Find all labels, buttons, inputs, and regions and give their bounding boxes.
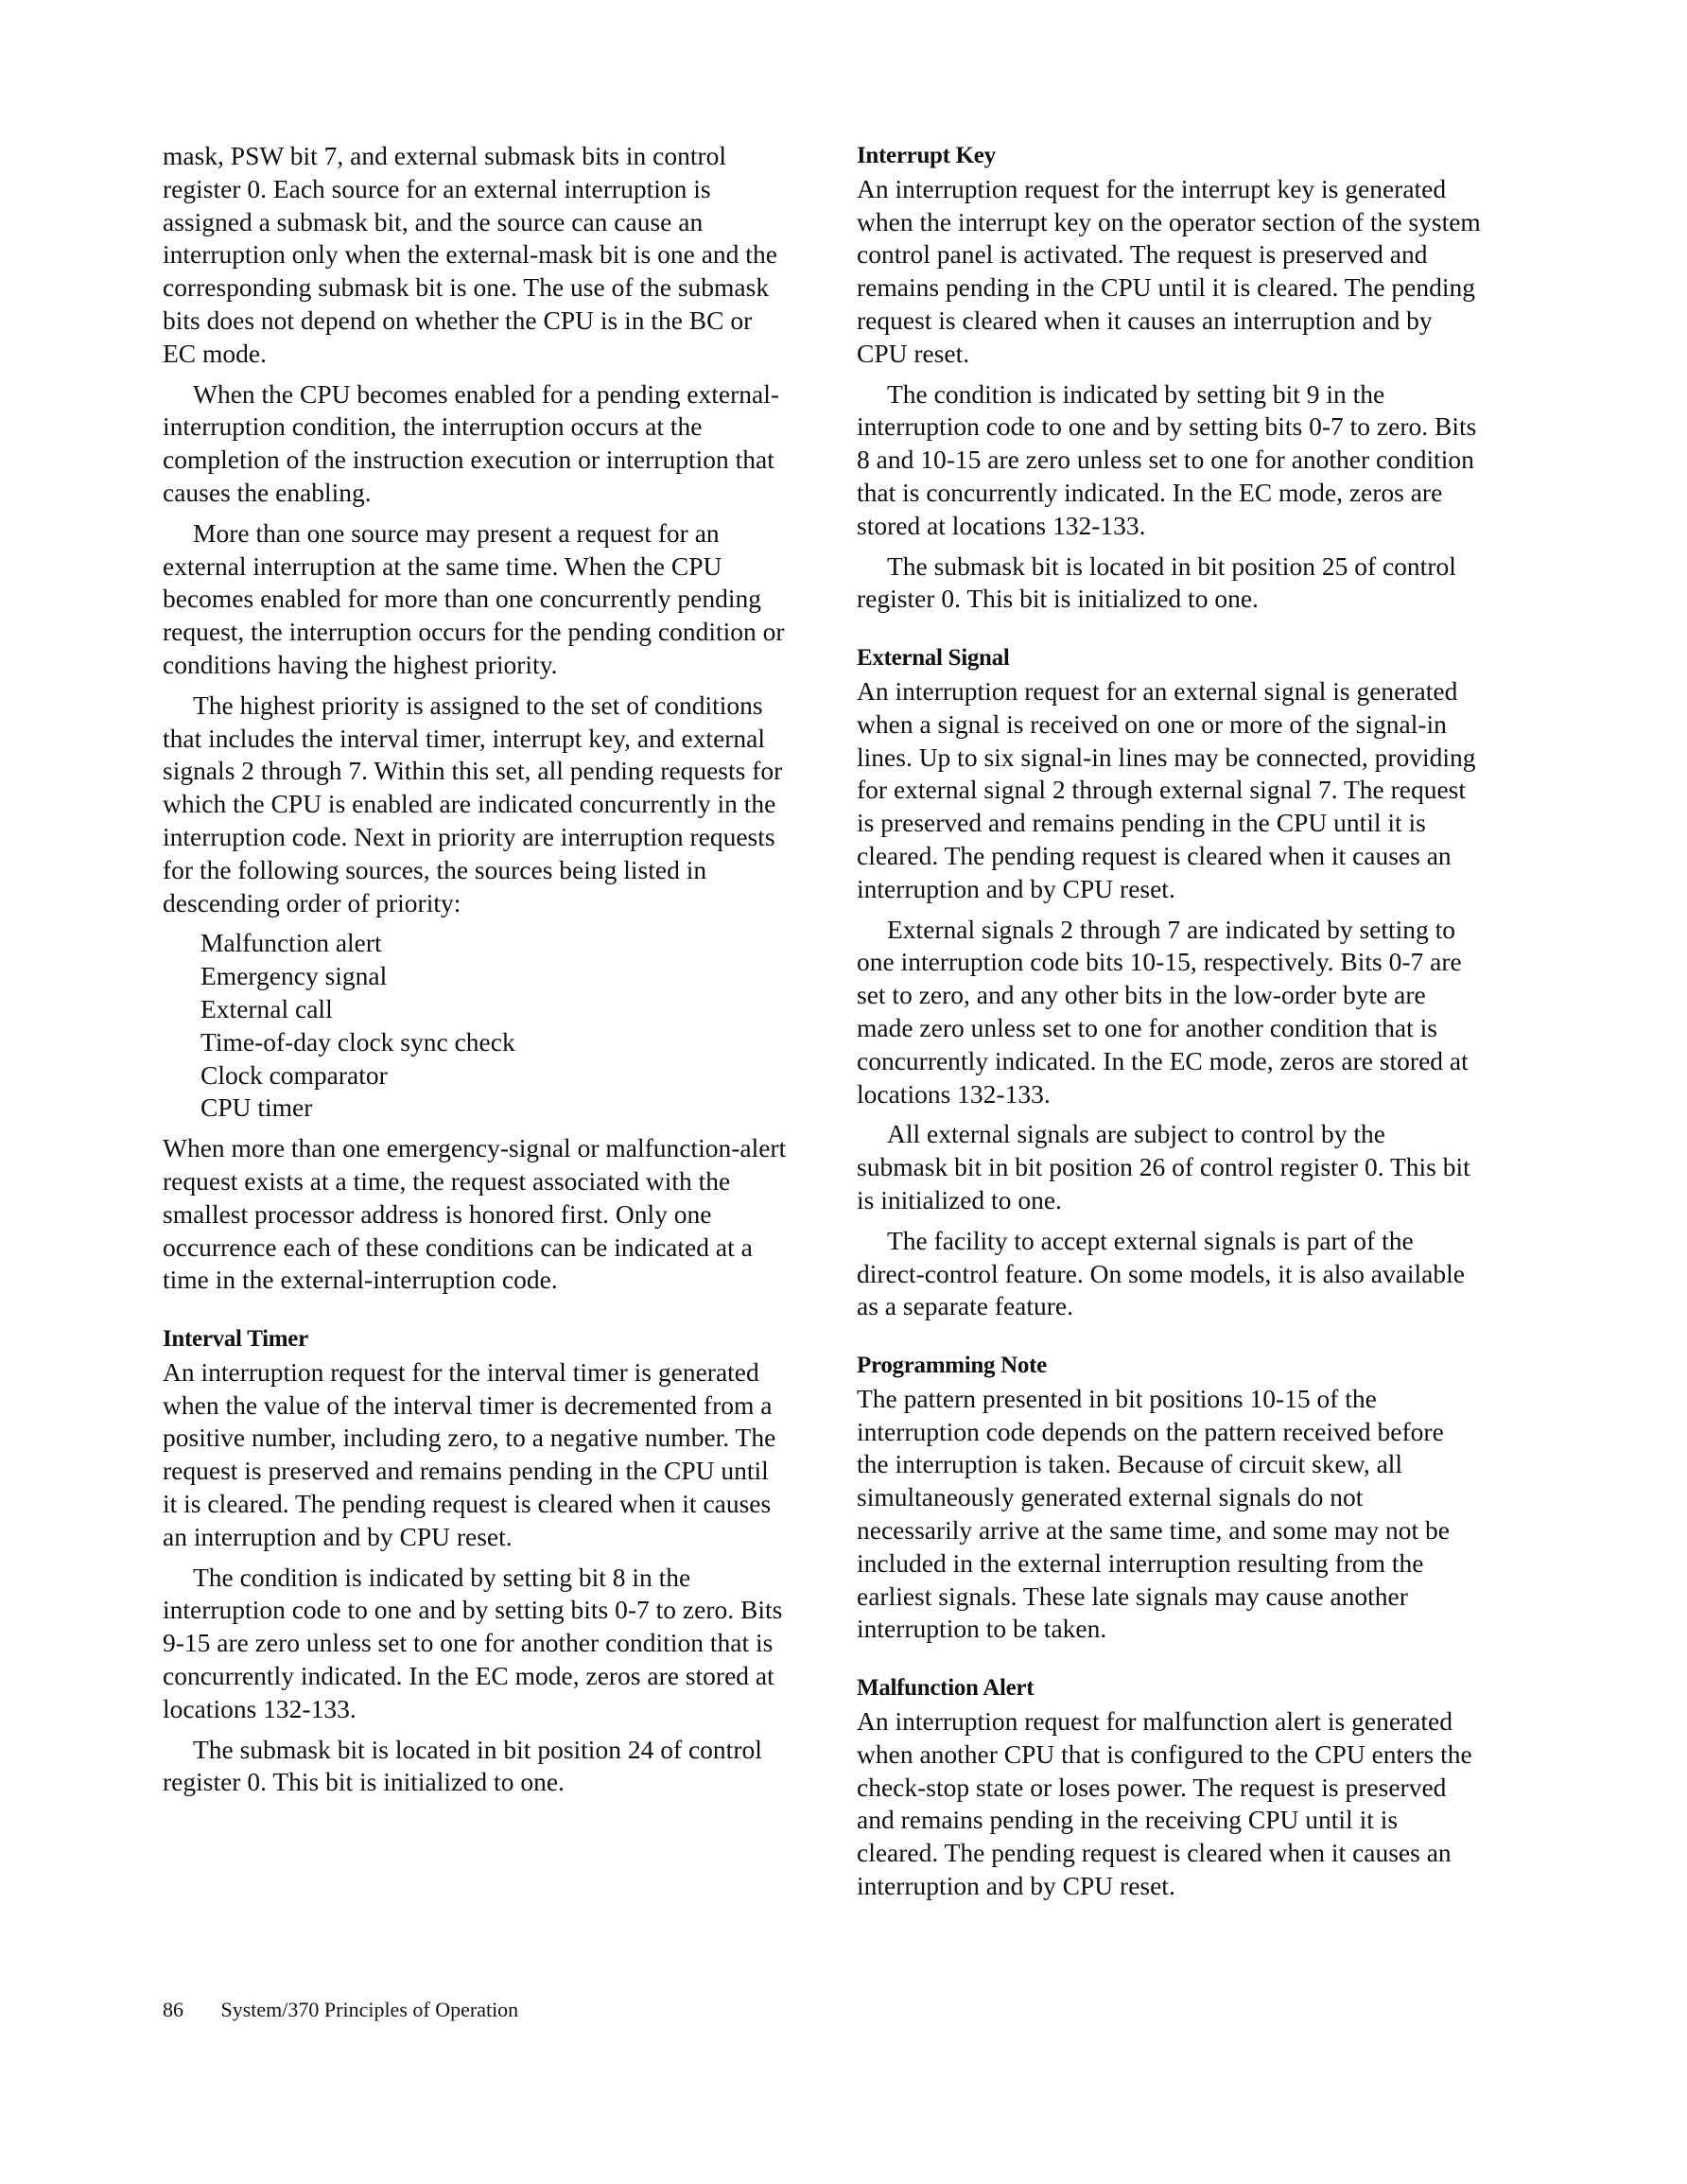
- section-heading: Programming Note: [857, 1350, 1481, 1383]
- section-interval-timer: Interval Timer An interruption request f…: [163, 1323, 787, 1799]
- section-paragraph: The condition is indicated by setting bi…: [857, 378, 1481, 543]
- section-paragraph: An interruption request for the interval…: [163, 1356, 787, 1554]
- paragraph-intro-1: mask, PSW bit 7, and external submask bi…: [163, 140, 787, 371]
- section-heading: Malfunction Alert: [857, 1672, 1481, 1705]
- section-paragraph: An interruption request for an external …: [857, 675, 1481, 906]
- section-malfunction-alert: Malfunction Alert An interruption reques…: [857, 1672, 1481, 1903]
- paragraph-intro-4: The highest priority is assigned to the …: [163, 690, 787, 920]
- priority-item: CPU timer: [200, 1092, 787, 1125]
- page-footer: 86 System/370 Principles of Operation: [163, 1998, 518, 2022]
- section-heading: Interrupt Key: [857, 140, 1481, 173]
- section-paragraph: The submask bit is located in bit positi…: [163, 1734, 787, 1800]
- priority-list: Malfunction alert Emergency signal Exter…: [163, 927, 787, 1125]
- priority-item: Time-of-day clock sync check: [200, 1026, 787, 1059]
- section-programming-note: Programming Note The pattern presented i…: [857, 1350, 1481, 1646]
- page-number: 86: [163, 1998, 216, 2022]
- section-interrupt-key: Interrupt Key An interruption request fo…: [857, 140, 1481, 616]
- priority-item: Emergency signal: [200, 960, 787, 993]
- left-column: mask, PSW bit 7, and external submask bi…: [163, 140, 787, 1807]
- section-paragraph: The pattern presented in bit positions 1…: [857, 1383, 1481, 1646]
- priority-item: External call: [200, 993, 787, 1026]
- section-paragraph: External signals 2 through 7 are indicat…: [857, 914, 1481, 1111]
- right-column: Interrupt Key An interruption request fo…: [857, 140, 1481, 1911]
- section-heading: Interval Timer: [163, 1323, 787, 1356]
- document-title: System/370 Principles of Operation: [221, 1998, 519, 2021]
- section-paragraph: All external signals are subject to cont…: [857, 1118, 1481, 1216]
- section-paragraph: An interruption request for malfunction …: [857, 1705, 1481, 1903]
- section-paragraph: The submask bit is located in bit positi…: [857, 550, 1481, 617]
- paragraph-intro-2: When the CPU becomes enabled for a pendi…: [163, 378, 787, 510]
- priority-item: Malfunction alert: [200, 927, 787, 960]
- priority-item: Clock comparator: [200, 1059, 787, 1092]
- section-paragraph: An interruption request for the interrup…: [857, 173, 1481, 371]
- paragraph-intro-3: More than one source may present a reque…: [163, 517, 787, 682]
- section-paragraph: The facility to accept external signals …: [857, 1225, 1481, 1323]
- section-paragraph: The condition is indicated by setting bi…: [163, 1562, 787, 1726]
- section-heading: External Signal: [857, 642, 1481, 675]
- paragraph-after-list: When more than one emergency-signal or m…: [163, 1132, 787, 1297]
- section-external-signal: External Signal An interruption request …: [857, 642, 1481, 1323]
